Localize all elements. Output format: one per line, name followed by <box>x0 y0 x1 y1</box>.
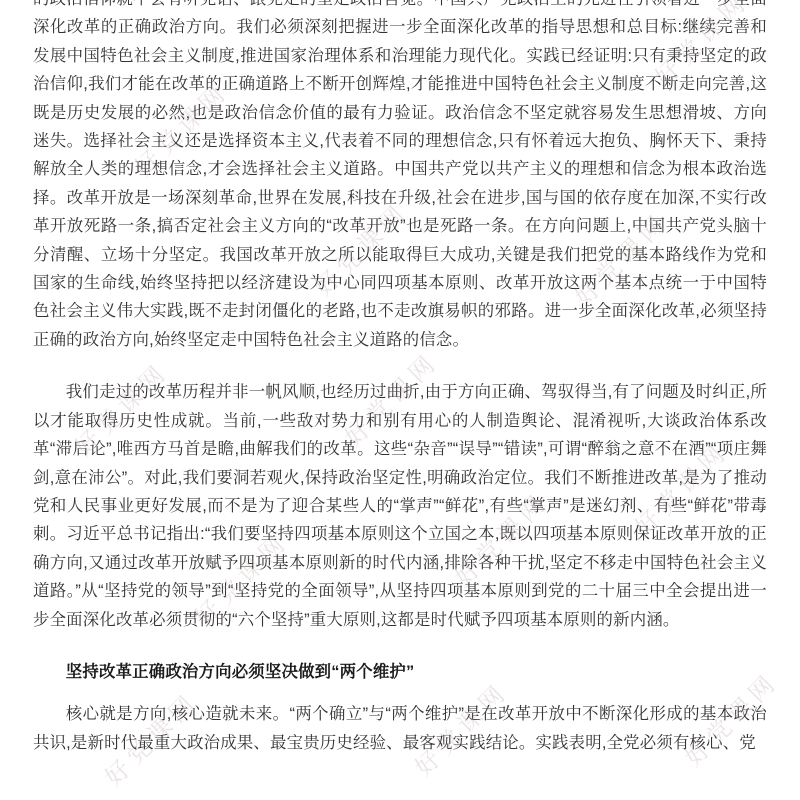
document-page: 的政治信仰就不会有听党话、跟党走的坚定政治自觉。中国共产党政治上的先进性引领着进… <box>0 0 800 800</box>
section-heading: 坚持改革正确政治方向必须坚决做到“两个维护” <box>33 658 767 686</box>
paragraph: 我们走过的改革历程并非一帆风顺,也经历过曲折,由于方向正确、驾驭得当,有了问题及… <box>33 378 767 634</box>
paragraph: 核心就是方向,核心造就未来。“两个确立”与“两个维护”是在改革开放中不断深化形成… <box>33 700 767 757</box>
paragraph-continued-from-previous-page: 的政治信仰就不会有听党话、跟党走的坚定政治自觉。中国共产党政治上的先进性引领着进… <box>33 0 767 354</box>
article-body: 的政治信仰就不会有听党话、跟党走的坚定政治自觉。中国共产党政治上的先进性引领着进… <box>33 0 767 781</box>
